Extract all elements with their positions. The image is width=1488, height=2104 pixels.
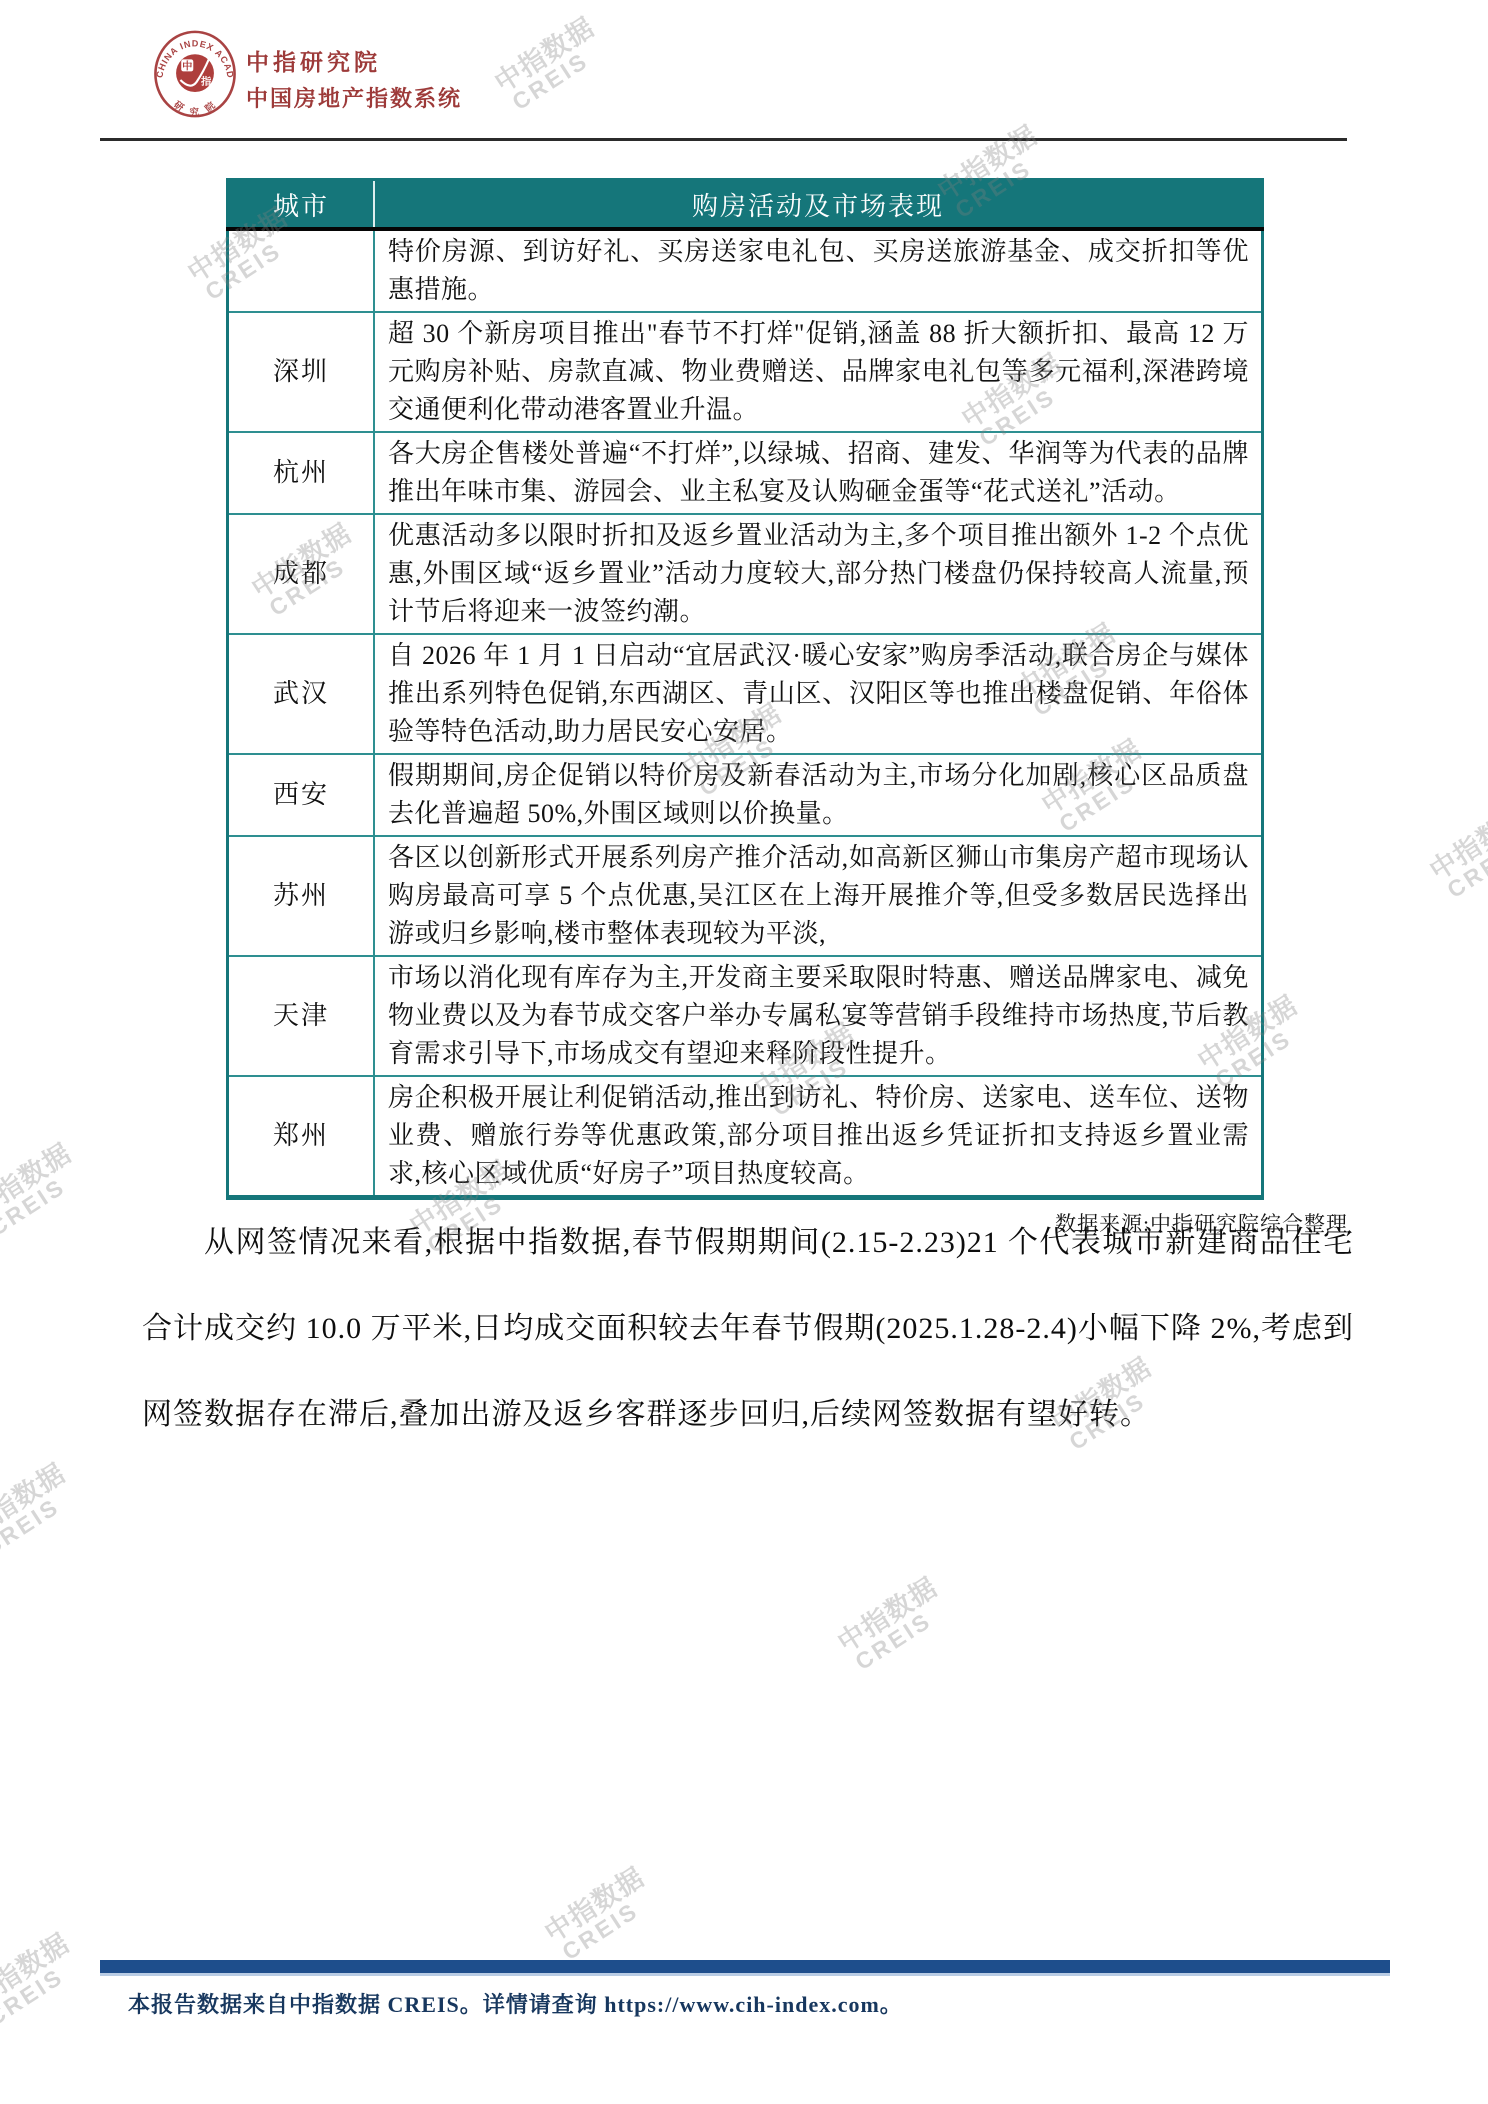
watermark-en: CREIS [0, 1162, 89, 1240]
col-header-city: 城市 [228, 180, 375, 230]
watermark: 中指数据 CREIS [0, 1460, 83, 1563]
city-cell: 成都 [228, 514, 375, 634]
watermark-cn: 中指数据 [833, 1574, 942, 1658]
activity-cell: 超 30 个新房项目推出"春节不打烊"促销,涵盖 88 折大额折扣、最高 12 … [374, 312, 1263, 432]
watermark: 中指数据 CREIS [0, 1140, 89, 1243]
table-row: 成都 优惠活动多以限时折扣及返乡置业活动为主,多个项目推出额外 1-2 个点优惠… [228, 514, 1263, 634]
system-name: 中国房地产指数系统 [246, 82, 462, 113]
watermark-en: CREIS [1443, 824, 1488, 902]
watermark-cn: 中指数据 [0, 1140, 76, 1224]
watermark-cn: 中指数据 [0, 1460, 70, 1544]
market-table-body: 特价房源、到访好礼、买房送家电礼包、买房送旅游基金、成交折扣等优惠措施。 深圳 … [228, 229, 1263, 1198]
table-row: 天津 市场以消化现有库存为主,开发商主要采取限时特惠、赠送品牌家电、减免物业费以… [228, 956, 1263, 1076]
seal-char-zhi: 指 [200, 75, 212, 88]
footer-bar [100, 1960, 1390, 1976]
table-row: 特价房源、到访好礼、买房送家电礼包、买房送旅游基金、成交折扣等优惠措施。 [228, 229, 1263, 312]
table-section: 城市 购房活动及市场表现 特价房源、到访好礼、买房送家电礼包、买房送旅游基金、成… [226, 178, 1348, 1238]
watermark-en: CREIS [0, 1952, 87, 2030]
watermark-cn: 中指数据 [540, 1864, 649, 1948]
footer-note: 本报告数据来自中指数据 CREIS。详情请查询 https://www.cih-… [128, 1988, 903, 2019]
table-row: 苏州 各区以创新形式开展系列房产推介活动,如高新区狮山市集房产超市现场认购房最高… [228, 836, 1263, 956]
watermark-en: CREIS [508, 36, 611, 114]
footer-note-text[interactable]: 本报告数据来自中指数据 CREIS。详情请查询 https://www.cih-… [128, 1992, 903, 2017]
brand-block: 中指研究院 中国房地产指数系统 [246, 44, 462, 113]
watermark-cn: 中指数据 [490, 14, 599, 98]
report-page: CHINA INDEX ACADEMY 中 指 研 究 院 中指研究院 中国房地… [0, 0, 1488, 2104]
cia-seal-logo: CHINA INDEX ACADEMY 中 指 研 究 院 [152, 28, 238, 120]
watermark: 中指数据 CREIS [833, 1574, 954, 1677]
col-header-activity: 购房活动及市场表现 [374, 180, 1263, 230]
org-name: 中指研究院 [246, 44, 462, 77]
table-row: 杭州 各大房企售楼处普遍“不打烊”,以绿城、招商、建发、华润等为代表的品牌推出年… [228, 432, 1263, 514]
watermark-cn: 中指数据 [0, 1930, 74, 2014]
watermark: 中指数据 CREIS [490, 14, 611, 117]
watermark-en: CREIS [558, 1886, 661, 1964]
seal-char-zhong: 中 [182, 60, 192, 73]
city-activity-table: 城市 购房活动及市场表现 特价房源、到访好礼、买房送家电礼包、买房送旅游基金、成… [226, 178, 1264, 1200]
activity-cell: 市场以消化现有库存为主,开发商主要采取限时特惠、赠送品牌家电、减免物业费以及为春… [374, 956, 1263, 1076]
table-header-row: 城市 购房活动及市场表现 [228, 180, 1263, 230]
table-row: 深圳 超 30 个新房项目推出"春节不打烊"促销,涵盖 88 折大额折扣、最高 … [228, 312, 1263, 432]
activity-cell: 优惠活动多以限时折扣及返乡置业活动为主,多个项目推出额外 1-2 个点优惠,外围… [374, 514, 1263, 634]
activity-cell: 各大房企售楼处普遍“不打烊”,以绿城、招商、建发、华润等为代表的品牌推出年味市集… [374, 432, 1263, 514]
summary-paragraph: 从网签情况来看,根据中指数据,春节假期期间(2.15-2.23)21 个代表城市… [142, 1200, 1354, 1458]
activity-cell: 假期期间,房企促销以特价房及新春活动为主,市场分化加剧,核心区品质盘去化普遍超 … [374, 754, 1263, 836]
header-divider [100, 138, 1347, 141]
city-cell: 武汉 [228, 634, 375, 754]
table-row: 武汉 自 2026 年 1 月 1 日启动“宜居武汉·暖心安家”购房季活动,联合… [228, 634, 1263, 754]
city-cell: 郑州 [228, 1076, 375, 1198]
city-cell: 天津 [228, 956, 375, 1076]
activity-cell: 房企积极开展让利促销活动,推出到访礼、特价房、送家电、送车位、送物业费、赠旅行券… [374, 1076, 1263, 1198]
watermark-en: CREIS [0, 1482, 83, 1560]
city-cell: 深圳 [228, 312, 375, 432]
watermark: 中指数据 CREIS [1425, 802, 1488, 905]
table-row: 西安 假期期间,房企促销以特价房及新春活动为主,市场分化加剧,核心区品质盘去化普… [228, 754, 1263, 836]
city-cell: 杭州 [228, 432, 375, 514]
activity-cell: 特价房源、到访好礼、买房送家电礼包、买房送旅游基金、成交折扣等优惠措施。 [374, 229, 1263, 312]
table-row: 郑州 房企积极开展让利促销活动,推出到访礼、特价房、送家电、送车位、送物业费、赠… [228, 1076, 1263, 1198]
city-cell: 西安 [228, 754, 375, 836]
activity-cell: 自 2026 年 1 月 1 日启动“宜居武汉·暖心安家”购房季活动,联合房企与… [374, 634, 1263, 754]
watermark-cn: 中指数据 [1425, 802, 1488, 886]
city-cell: 苏州 [228, 836, 375, 956]
city-cell [228, 229, 375, 312]
watermark: 中指数据 CREIS [540, 1864, 661, 1967]
activity-cell: 各区以创新形式开展系列房产推介活动,如高新区狮山市集房产超市现场认购房最高可享 … [374, 836, 1263, 956]
watermark: 中指数据 CREIS [0, 1930, 87, 2033]
watermark-en: CREIS [851, 1596, 954, 1674]
